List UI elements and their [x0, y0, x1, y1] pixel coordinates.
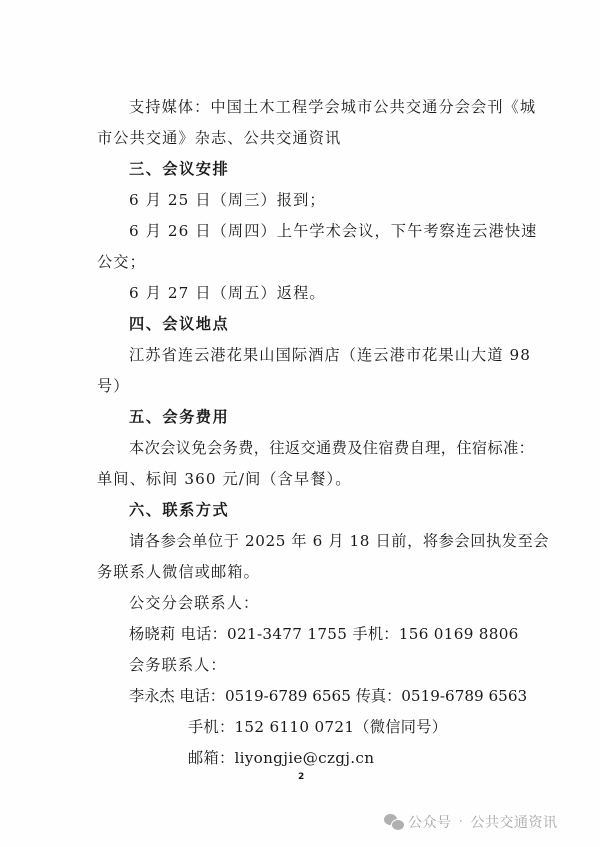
- schedule-day-2-line-2: 公交；: [97, 252, 507, 272]
- schedule-day-3: 6 月 27 日（周五）返程。: [129, 283, 539, 303]
- section-heading-fees: 五、会务费用: [129, 407, 539, 427]
- venue-line-2: 号）: [97, 376, 507, 396]
- page-number: 2: [298, 772, 304, 782]
- schedule-day-2-line-1: 6 月 26 日（周四）上午学术会议，下午考察连云港快速: [129, 221, 539, 241]
- wechat-icon: [384, 814, 404, 830]
- fees-line-2: 单间、标间 360 元/间（含早餐）。: [97, 469, 507, 489]
- watermark-label: 公众号: [408, 812, 452, 832]
- section-heading-schedule: 三、会议安排: [129, 159, 539, 179]
- contact-intro-line-1: 请各参会单位于 2025 年 6 月 18 日前，将参会回执发至会: [129, 531, 539, 551]
- support-media-line-2: 市公共交通》杂志、公共交通资讯: [97, 128, 507, 148]
- contact-li-email: 邮箱：liyongjie@czgj.cn: [188, 748, 598, 768]
- section-heading-venue: 四、会议地点: [129, 314, 539, 334]
- support-media-line-1: 支持媒体：中国土木工程学会城市公共交通分会会刊《城: [129, 97, 539, 117]
- document-page: 支持媒体：中国土木工程学会城市公共交通分会会刊《城 市公共交通》杂志、公共交通资…: [0, 0, 600, 847]
- contact-li-phone: 李永杰 电话：0519-6789 6565 传真：0519-6789 6563: [129, 686, 539, 706]
- watermark-account: 公共交通资讯: [470, 812, 557, 832]
- affairs-contact-label: 会务联系人：: [129, 655, 539, 675]
- contact-yang: 杨晓莉 电话：021-3477 1755 手机：156 0169 8806: [129, 624, 539, 644]
- wechat-watermark: 公众号 · 公共交通资讯: [384, 812, 557, 832]
- schedule-day-1: 6 月 25 日（周三）报到；: [129, 190, 539, 210]
- contact-li-mobile: 手机：152 6110 0721（微信同号）: [188, 717, 598, 737]
- venue-line-1: 江苏省连云港花果山国际酒店（连云港市花果山大道 98: [129, 345, 539, 365]
- fees-line-1: 本次会议免会务费，往返交通费及住宿费自理，住宿标准：: [129, 438, 539, 458]
- section-heading-contact: 六、联系方式: [129, 500, 539, 520]
- watermark-separator: ·: [456, 814, 467, 830]
- contact-intro-line-2: 务联系人微信或邮箱。: [97, 562, 507, 582]
- branch-contact-label: 公交分会联系人：: [129, 593, 539, 613]
